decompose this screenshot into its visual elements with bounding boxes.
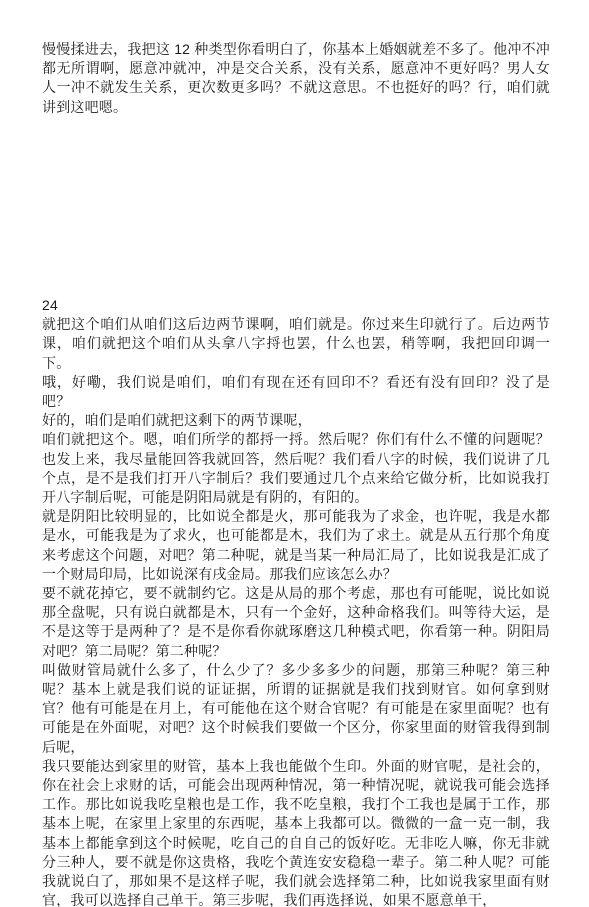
intro-text-block: 慢慢揉进去，我把这 12 种类型你看明白了，你基本上婚姻就差不多了。他冲不冲都无…	[42, 40, 550, 117]
document-page: 慢慢揉进去，我把这 12 种类型你看明白了，你基本上婚姻就差不多了。他冲不冲都无…	[0, 0, 589, 907]
body-paragraph-3: 好的，咱们是咱们就把这剩下的两节课呢，	[42, 411, 550, 430]
body-paragraph-8: 我只要能达到家里的财管，基本上我也能做个生印。外面的财官呢，是社会的，你在社会上…	[42, 757, 550, 907]
body-paragraph-2: 哦，好嘞，我们说是咱们，咱们有现在还有回印不？看还有没有回印？没了是吧？	[42, 373, 550, 411]
body-paragraph-7: 叫做财管局就什么多了，什么少了？多少多多少的问题，那第三种呢？第三种呢？基本上就…	[42, 661, 550, 757]
section-number: 24	[42, 296, 550, 315]
body-paragraph-1: 就把这个咱们从咱们这后边两节课啊，咱们就是。你过来生印就行了。后边两节课，咱们就…	[42, 315, 550, 373]
main-text-block: 24 就把这个咱们从咱们这后边两节课啊，咱们就是。你过来生印就行了。后边两节课，…	[42, 296, 550, 907]
intro-paragraph: 慢慢揉进去，我把这 12 种类型你看明白了，你基本上婚姻就差不多了。他冲不冲都无…	[42, 40, 550, 117]
body-paragraph-6: 要不就花掉它，要不就制约它。这是从局的那个考虑，那也有可能呢，说比如说那全盘呢，…	[42, 584, 550, 661]
body-paragraph-5: 就是阴阳比较明显的，比如说全都是火，那可能我为了求金，也许呢，我是水都是水，可能…	[42, 507, 550, 584]
body-paragraph-4: 咱们就把这个。嗯，咱们所学的都捋一捋。然后呢？你们有什么不懂的问题呢？也发上来，…	[42, 430, 550, 507]
